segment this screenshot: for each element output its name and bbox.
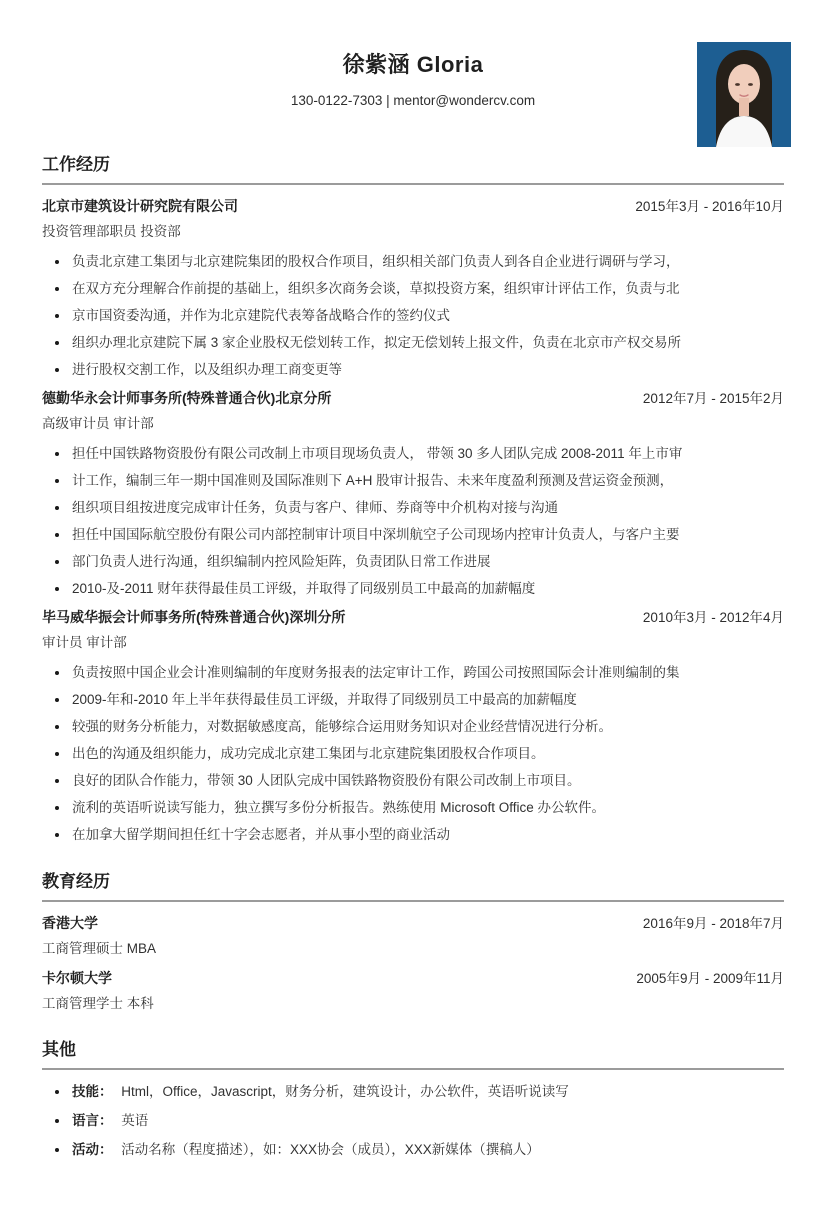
date-range: 2010年3月 - 2012年4月 (643, 609, 784, 627)
job-entry-header: 德勤华永会计师事务所(特殊普通合伙)北京分所 2012年7月 - 2015年2月 (42, 389, 784, 408)
bullet-item: 较强的财务分析能力，对数据敏感度高，能够综合运用财务知识对企业经营情况进行分析。 (42, 718, 784, 736)
bullet-item: 在双方充分理解合作前提的基础上，组织多次商务会谈，草拟投资方案，组织审计评估工作… (42, 280, 784, 298)
bullet-item: 出色的沟通及组织能力，成功完成北京建工集团与北京建院集团股权合作项目。 (42, 745, 784, 763)
candidate-name: 徐紫涵 Gloria (42, 50, 784, 80)
job-role: 投资管理部职员 投资部 (42, 223, 784, 240)
company-name: 毕马威华振会计师事务所(特殊普通合伙)深圳分所 (42, 608, 345, 626)
job-entry-2: 德勤华永会计师事务所(特殊普通合伙)北京分所 2012年7月 - 2015年2月… (42, 389, 784, 598)
other-item-text: Html，Office，Javascript，财务分析，建筑设计，办公软件，英语… (121, 1084, 569, 1099)
bullet-item: 组织项目组按进度完成审计任务，负责与客户、律师、券商等中介机构对接与沟通 (42, 499, 784, 517)
section-title-education: 教育经历 (42, 870, 784, 902)
date-range: 2012年7月 - 2015年2月 (643, 390, 784, 408)
section-other: 其他 技能： Html，Office，Javascript，财务分析，建筑设计，… (42, 1038, 784, 1159)
contact-info: 130-0122-7303 | mentor@wondercv.com (42, 92, 784, 109)
bullet-item: 担任中国铁路物资股份有限公司改制上市项目现场负责人， 带领 30 多人团队完成 … (42, 445, 784, 463)
bullet-item: 在加拿大留学期间担任红十字会志愿者，并从事小型的商业活动 (42, 826, 784, 844)
date-range: 2005年9月 - 2009年11月 (636, 970, 784, 988)
section-title-work: 工作经历 (42, 153, 784, 185)
date-range: 2015年3月 - 2016年10月 (635, 198, 784, 216)
bullet-item: 2009-年和-2010 年上半年获得最佳员工评级，并取得了同级别员工中最高的加… (42, 691, 784, 709)
education-entry-2: 卡尔顿大学 2005年9月 - 2009年11月 工商管理学士 本科 (42, 969, 784, 1012)
other-item-label: 语言： (72, 1113, 113, 1128)
bullet-item: 负责北京建工集团与北京建院集团的股权合作项目，组织相关部门负责人到各自企业进行调… (42, 253, 784, 271)
bullet-item: 担任中国国际航空股份有限公司内部控制审计项目中深圳航空子公司现场内控审计负责人，… (42, 526, 784, 544)
degree: 工商管理硕士 MBA (42, 940, 784, 957)
education-entry-1: 香港大学 2016年9月 - 2018年7月 工商管理硕士 MBA (42, 914, 784, 957)
bullet-item: 部门负责人进行沟通，组织编制内控风险矩阵，负责团队日常工作进展 (42, 553, 784, 571)
bullet-item: 流利的英语听说读写能力，独立撰写多份分析报告。熟练使用 Microsoft Of… (42, 799, 784, 817)
degree: 工商管理学士 本科 (42, 995, 784, 1012)
job-role: 审计员 审计部 (42, 634, 784, 651)
job-bullet-list: 担任中国铁路物资股份有限公司改制上市项目现场负责人， 带领 30 多人团队完成 … (42, 445, 784, 598)
job-entry-header: 北京市建筑设计研究院有限公司 2015年3月 - 2016年10月 (42, 197, 784, 216)
job-entry-1: 北京市建筑设计研究院有限公司 2015年3月 - 2016年10月 投资管理部职… (42, 197, 784, 379)
job-entry-header: 毕马威华振会计师事务所(特殊普通合伙)深圳分所 2010年3月 - 2012年4… (42, 608, 784, 627)
bullet-item: 良好的团队合作能力，带领 30 人团队完成中国铁路物资股份有限公司改制上市项目。 (42, 772, 784, 790)
other-item-activities: 活动： 活动名称（程度描述），如：XXX协会（成员），XXX新媒体（撰稿人） (42, 1141, 784, 1159)
job-entry-3: 毕马威华振会计师事务所(特殊普通合伙)深圳分所 2010年3月 - 2012年4… (42, 608, 784, 844)
other-item-label: 技能： (72, 1084, 113, 1099)
bullet-item: 京市国资委沟通，并作为北京建院代表筹备战略合作的签约仪式 (42, 307, 784, 325)
other-item-skills: 技能： Html，Office，Javascript，财务分析，建筑设计，办公软… (42, 1083, 784, 1101)
bullet-item: 进行股权交割工作，以及组织办理工商变更等 (42, 361, 784, 379)
company-name: 北京市建筑设计研究院有限公司 (42, 197, 238, 215)
other-item-languages: 语言： 英语 (42, 1112, 784, 1130)
company-name: 德勤华永会计师事务所(特殊普通合伙)北京分所 (42, 389, 331, 407)
other-item-text: 活动名称（程度描述），如：XXX协会（成员），XXX新媒体（撰稿人） (121, 1142, 540, 1157)
education-entry-header: 卡尔顿大学 2005年9月 - 2009年11月 (42, 969, 784, 988)
job-bullet-list: 负责北京建工集团与北京建院集团的股权合作项目，组织相关部门负责人到各自企业进行调… (42, 253, 784, 379)
section-education: 教育经历 香港大学 2016年9月 - 2018年7月 工商管理硕士 MBA 卡… (42, 870, 784, 1012)
school-name: 卡尔顿大学 (42, 969, 112, 987)
education-entry-header: 香港大学 2016年9月 - 2018年7月 (42, 914, 784, 933)
bullet-item: 负责按照中国企业会计准则编制的年度财务报表的法定审计工作，跨国公司按照国际会计准… (42, 664, 784, 682)
bullet-item: 计工作，编制三年一期中国准则及国际准则下 A+H 股审计报告、未来年度盈利预测及… (42, 472, 784, 490)
date-range: 2016年9月 - 2018年7月 (643, 915, 784, 933)
portrait-illustration (697, 42, 791, 147)
bullet-item: 2010-及-2011 财年获得最佳员工评级，并取得了同级别员工中最高的加薪幅度 (42, 580, 784, 598)
bullet-item: 组织办理北京建院下属 3 家企业股权无偿划转工作，拟定无偿划转上报文件，负责在北… (42, 334, 784, 352)
other-item-label: 活动： (72, 1142, 113, 1157)
section-work-experience: 工作经历 北京市建筑设计研究院有限公司 2015年3月 - 2016年10月 投… (42, 153, 784, 844)
job-role: 高级审计员 审计部 (42, 415, 784, 432)
resume-header: 徐紫涵 Gloria 130-0122-7303 | mentor@wonder… (42, 0, 784, 109)
section-title-other: 其他 (42, 1038, 784, 1070)
other-list: 技能： Html，Office，Javascript，财务分析，建筑设计，办公软… (42, 1083, 784, 1159)
job-bullet-list: 负责按照中国企业会计准则编制的年度财务报表的法定审计工作，跨国公司按照国际会计准… (42, 664, 784, 844)
resume-page: 徐紫涵 Gloria 130-0122-7303 | mentor@wonder… (0, 0, 826, 1210)
other-item-text: 英语 (121, 1113, 148, 1128)
school-name: 香港大学 (42, 914, 98, 932)
profile-photo (697, 42, 791, 147)
